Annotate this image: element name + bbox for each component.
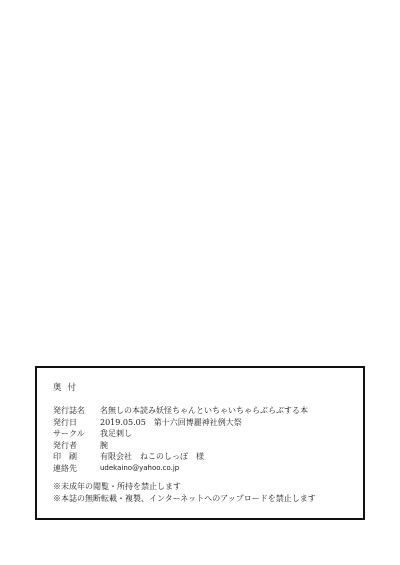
value: 腕	[100, 440, 108, 452]
colophon-box: 奥付 発行誌名 名無しの本読み妖怪ちゃんといちゃいちゃらぶらぶする本 発行日 2…	[35, 366, 365, 520]
label: 連絡先	[53, 463, 100, 475]
row-circle: サークル 我足刺し	[53, 428, 308, 440]
label: 発行誌名	[53, 405, 100, 417]
row-publication-name: 発行誌名 名無しの本読み妖怪ちゃんといちゃいちゃらぶらぶする本	[53, 405, 308, 417]
value: 名無しの本読み妖怪ちゃんといちゃいちゃらぶらぶする本	[100, 405, 308, 417]
colophon-details: 発行誌名 名無しの本読み妖怪ちゃんといちゃいちゃらぶらぶする本 発行日 2019…	[53, 405, 308, 474]
label: 発行者	[53, 440, 100, 452]
label: 発行日	[53, 417, 100, 429]
row-contact: 連絡先 udekaino@yahoo.co.jp	[53, 463, 308, 475]
note-reproduction: ※本誌の無断転載・複製、インターネットへのアップロードを禁止します	[53, 493, 316, 505]
row-publication-date: 発行日 2019.05.05 第十六回博麗神社例大祭	[53, 417, 308, 429]
value: 2019.05.05 第十六回博麗神社例大祭	[100, 417, 242, 429]
value: 我足刺し	[100, 428, 132, 440]
colophon-notes: ※未成年の閲覧・所持を禁止します ※本誌の無断転載・複製、インターネットへのアッ…	[53, 481, 316, 505]
label: 印 刷	[53, 451, 100, 463]
row-publisher: 発行者 腕	[53, 440, 308, 452]
row-printer: 印 刷 有限会社 ねこのしっぽ 様	[53, 451, 308, 463]
note-minors: ※未成年の閲覧・所持を禁止します	[53, 481, 316, 493]
contact-email: udekaino@yahoo.co.jp	[100, 463, 179, 475]
colophon-title: 奥付	[53, 381, 82, 393]
value: 有限会社 ねこのしっぽ 様	[100, 451, 204, 463]
label: サークル	[53, 428, 100, 440]
